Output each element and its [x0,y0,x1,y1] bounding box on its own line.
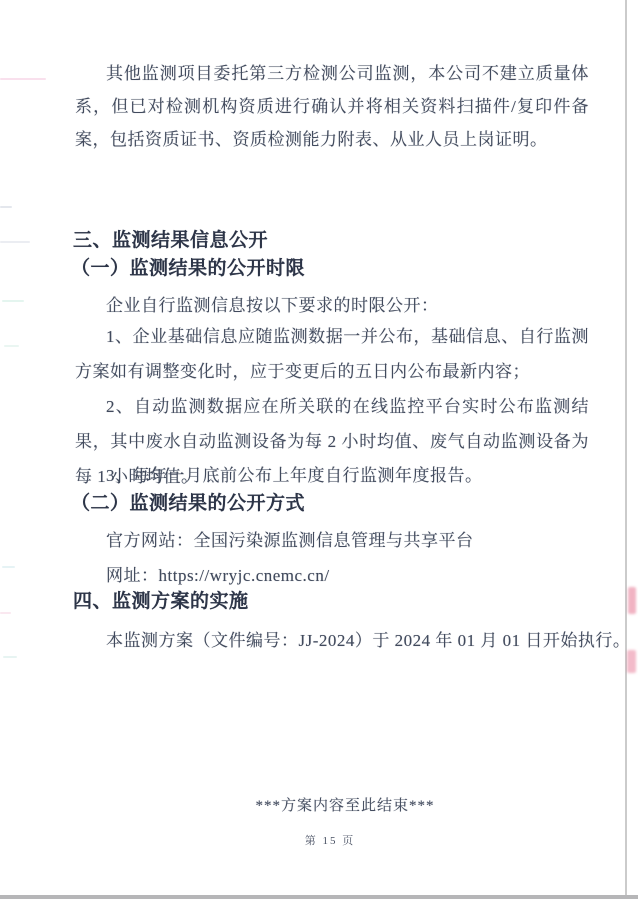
scan-artifact [4,345,19,347]
scan-artifact [2,566,15,568]
scan-artifact [2,300,24,302]
disclosure-item-3: 3、每年一月底前公布上年度自行监测年度报告。 [106,458,590,493]
scan-artifact [0,206,12,208]
section3-sub2-heading: （二）监测结果的公开方式 [71,491,305,517]
section4-heading: 四、监测方案的实施 [73,589,249,615]
disclosure-lead-sentence: 企业自行监测信息按以下要求的时限公开： [106,288,590,323]
page-number: 第 15 页 [305,834,356,848]
scan-artifact [3,656,17,658]
section4-body-line: 本监测方案（文件编号：JJ-2024）于 2024 年 01 月 01 日开始执… [106,623,590,658]
scan-artifact [0,241,30,243]
scanned-document-page: 其他监测项目委托第三方检测公司监测，本公司不建立质量体系，但已对检测机构资质进行… [0,0,638,899]
disclosure-item-1: 1、企业基础信息应随监测数据一并公布，基础信息、自行监测方案如有调整变化时，应于… [75,319,589,389]
page-bottom-shadow [0,895,638,899]
section3-heading: 三、监测结果信息公开 [73,228,268,254]
website-url-line: 网址：https://wryjc.cnemc.cn/ [106,558,590,593]
scan-artifact [0,78,46,80]
page-edge-line [625,0,627,896]
scan-artifact-red [627,650,636,673]
official-website-line: 官方网站：全国污染源监测信息管理与共享平台 [106,523,590,558]
intro-paragraph: 其他监测项目委托第三方检测公司监测，本公司不建立质量体系，但已对检测机构资质进行… [75,57,589,156]
section3-sub1-heading: （一）监测结果的公开时限 [71,256,305,282]
plan-end-marker: ***方案内容至此结束*** [255,796,434,816]
scan-artifact-red [628,587,636,614]
scan-artifact [0,612,11,614]
